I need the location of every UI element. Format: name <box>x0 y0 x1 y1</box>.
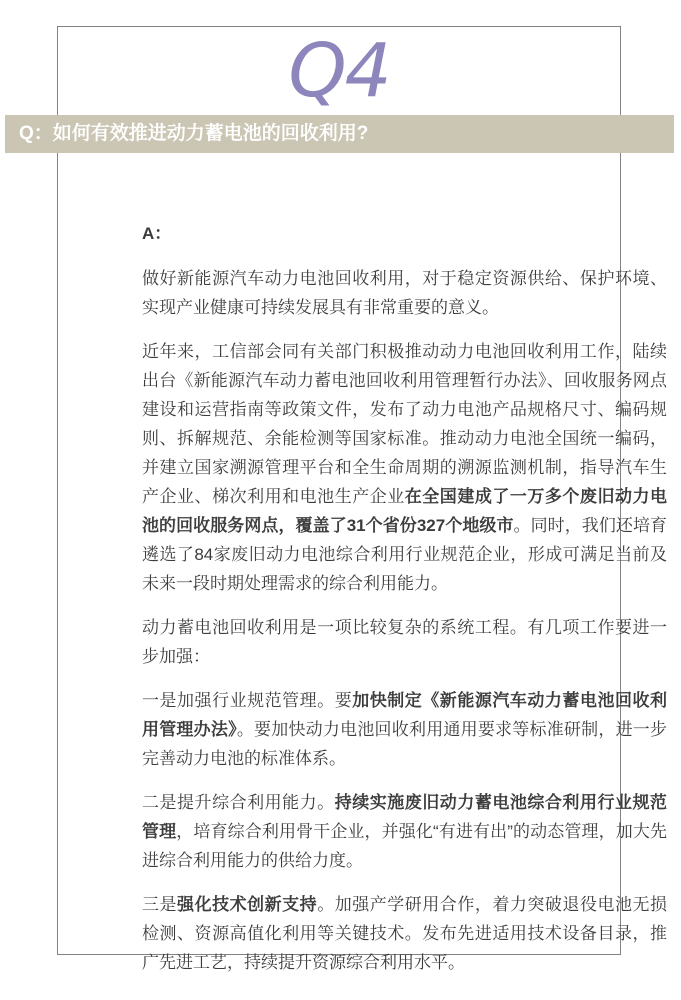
paragraph: 动力蓄电池回收利用是一项比较复杂的系统工程。有几项工作要进一步加强： <box>142 613 667 671</box>
content-box: Q4 A： 做好新能源汽车动力电池回收利用，对于稳定资源供给、保护环境、实现产业… <box>57 26 621 955</box>
question-number-heading: Q4 <box>58 31 620 111</box>
page: { "header": { "question_number": "Q4" },… <box>0 0 681 1000</box>
answer-area: A： 做好新能源汽车动力电池回收利用，对于稳定资源供给、保护环境、实现产业健康可… <box>142 219 667 977</box>
paragraph-segment: 近年来，工信部会同有关部门积极推动动力电池回收利用工作，陆续出台《新能源汽车动力… <box>142 342 667 506</box>
paragraph-segment: 一是加强行业规范管理。要 <box>142 691 352 710</box>
paragraph-segment: 二是提升综合利用能力。 <box>142 793 335 812</box>
answer-paragraphs: 做好新能源汽车动力电池回收利用，对于稳定资源供给、保护环境、实现产业健康可持续发… <box>142 264 667 977</box>
paragraph-segment: 做好新能源汽车动力电池回收利用，对于稳定资源供给、保护环境、实现产业健康可持续发… <box>142 269 667 317</box>
answer-label: A： <box>142 219 667 248</box>
paragraph-segment: 动力蓄电池回收利用是一项比较复杂的系统工程。有几项工作要进一步加强： <box>142 618 667 666</box>
paragraph: 做好新能源汽车动力电池回收利用，对于稳定资源供给、保护环境、实现产业健康可持续发… <box>142 264 667 322</box>
paragraph-segment-bold: 强化技术创新支持 <box>177 895 317 914</box>
paragraph: 一是加强行业规范管理。要加快制定《新能源汽车动力蓄电池回收利用管理办法》。要加快… <box>142 686 667 773</box>
question-banner: Q：如何有效推进动力蓄电池的回收利用? <box>5 115 674 153</box>
paragraph: 近年来，工信部会同有关部门积极推动动力电池回收利用工作，陆续出台《新能源汽车动力… <box>142 337 667 598</box>
paragraph-segment: ，培育综合利用骨干企业，并强化“有进有出”的动态管理，加大先进综合利用能力的供给… <box>142 822 667 870</box>
paragraph: 三是强化技术创新支持。加强产学研用合作，着力突破退役电池无损检测、资源高值化利用… <box>142 890 667 977</box>
paragraph-segment: 三是 <box>142 895 177 914</box>
paragraph: 二是提升综合利用能力。持续实施废旧动力蓄电池综合利用行业规范管理，培育综合利用骨… <box>142 788 667 875</box>
